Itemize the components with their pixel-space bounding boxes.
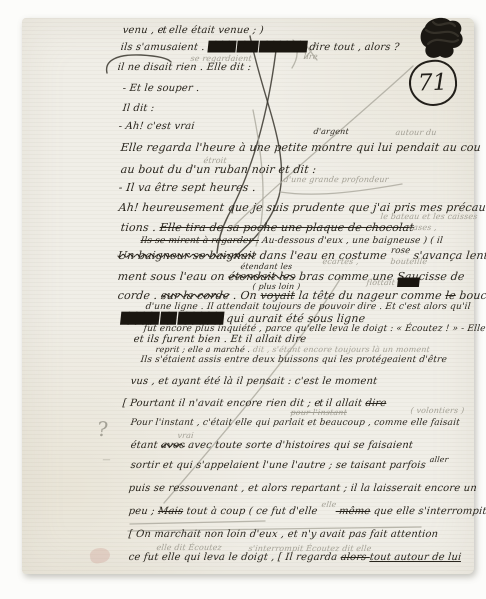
manuscript-scan: venu , et elle était venue ; )ils s'amus…	[0, 0, 486, 599]
manuscript-line: puis se ressouvenant , et alors repartan…	[128, 483, 477, 495]
manuscript-line: sortir et qui s'appelaient l'une l'autre…	[130, 460, 448, 472]
manuscript-line: tions . Elle tira de sa poche une plaque…	[120, 222, 415, 235]
text-segment: ce fut elle qui leva le doigt , [ Il reg…	[128, 552, 341, 563]
manuscript-line: vus , et ayant été là il pensait : c'est…	[130, 376, 378, 388]
text-segment: - Ah! c'est vrai	[118, 121, 195, 132]
text-segment: avec	[160, 440, 185, 451]
text-segment: . On	[229, 289, 261, 302]
text-segment: fut encore plus inquiété , parce qu'elle…	[143, 324, 486, 334]
text-segment: Elle regarda l'heure à une petite montre…	[120, 141, 482, 154]
text-segment: étant	[130, 440, 162, 451]
text-segment: - Et le souper .	[122, 83, 200, 94]
text-segment: voyait	[260, 289, 296, 302]
manuscript-line: étant avec avec toute sorte d'histoires …	[130, 440, 414, 452]
manuscript-line: elle dit Écoutez	[156, 543, 222, 552]
text-segment: Mais	[157, 506, 183, 517]
text-segment: [ Pourtant il n'avait encore rien dit ;	[122, 398, 315, 409]
manuscript-line: fut encore plus inquiété , parce qu'elle…	[143, 324, 486, 334]
text-segment: ils s'amusaient .	[120, 42, 209, 53]
text-segment: Pour l'instant , c'était elle qui parlai…	[130, 418, 460, 428]
text-segment: Ils s'étaient assis entre deux buissons …	[140, 355, 447, 365]
manuscript-line: - Et le souper .	[122, 83, 200, 95]
text-segment: vus , et ayant été là il pensait : c'est…	[130, 376, 378, 387]
manuscript-line: il ne disait rien . Elle dit :	[117, 62, 252, 74]
text-segment: corde .	[117, 289, 162, 302]
page-number: 71	[418, 69, 448, 96]
text-segment: Il dit :	[122, 103, 155, 114]
manuscript-line: autour du	[395, 128, 437, 137]
text-segment: Un baigneur se baignait	[117, 249, 257, 262]
manuscript-line: d'une ligne . Il attendait toujours de p…	[145, 302, 471, 312]
text-segment: elle était venue ; )	[165, 25, 264, 36]
text-segment: elle	[321, 500, 337, 509]
manuscript-line: —	[102, 455, 111, 464]
text-segment: reprit ; elle a marché .	[155, 345, 253, 354]
text-segment: sur la corde	[160, 289, 230, 302]
manuscript-line: Ils se mirent à regarder . Au-dessous d'…	[140, 236, 443, 246]
text-segment: vrai	[177, 431, 194, 440]
manuscript-line: ( volontiers )	[410, 406, 465, 415]
text-segment: écartés ,	[322, 257, 359, 266]
text-segment: peu ;	[128, 506, 159, 517]
text-segment: vases ,	[408, 223, 437, 232]
text-segment: Elle tira de sa poche une plaque de choc…	[159, 221, 415, 234]
manuscript-line: vases ,	[408, 223, 437, 232]
manuscript-line: venu , et elle était venue ; )	[122, 25, 264, 37]
text-segment: alors	[340, 552, 370, 563]
manuscript-line: [ On marchait non loin d'eux , et n'y av…	[128, 529, 439, 541]
manuscript-line: lire	[303, 52, 318, 61]
text-segment: d'une grande profondeur	[283, 175, 389, 184]
text-segment: dit , s'étant encore toujours là un mome…	[252, 345, 430, 354]
text-segment: lire	[303, 52, 318, 61]
manuscript-line: le bateau et les caisses	[380, 212, 478, 221]
text-segment: venu ,	[122, 25, 158, 36]
manuscript-line: Elle regarda l'heure à une petite montre…	[120, 142, 481, 155]
text-segment: tout autour de lui	[369, 552, 462, 563]
text-segment: - Il va être sept heures .	[118, 181, 257, 194]
text-segment: ( volontiers )	[410, 406, 465, 415]
text-segment: bouchon	[455, 289, 486, 302]
text-segment: pour l'instant	[290, 408, 347, 417]
text-segment: il ne disait rien . Elle dit :	[117, 62, 252, 73]
text-segment: d'une ligne . Il attendait toujours de p…	[145, 302, 471, 312]
text-segment: rose	[390, 246, 410, 256]
manuscript-line: bouteille	[390, 257, 428, 266]
text-segment: autour du	[395, 128, 437, 137]
manuscript-line: vrai	[177, 431, 194, 440]
manuscript-line: ils s'amusaient . ████ ███ ███████ dire …	[120, 42, 400, 54]
text-segment: même	[335, 506, 371, 517]
manuscript-line: ce fut elle qui leva le doigt , [ Il reg…	[128, 552, 462, 564]
text-segment: ment sous l'eau on	[117, 270, 229, 283]
text-segment: ?	[96, 417, 109, 441]
text-segment: Ils se mirent à regarder .	[140, 236, 259, 246]
text-segment: bouteille	[390, 257, 428, 266]
text-segment: que elle s'interrompit ..	[370, 506, 486, 517]
text-segment: dire tout , alors ?	[305, 42, 399, 53]
text-segment: flottait	[366, 278, 398, 287]
manuscript-line: et ils furent bien . Et il allait dire	[133, 334, 307, 346]
manuscript-line: - Il va être sept heures .	[118, 182, 256, 195]
manuscript-line: reprit ; elle a marché . dit , s'étant e…	[155, 345, 430, 354]
text-segment: ████	[397, 278, 419, 287]
text-segment: avec toute sorte d'histoires qui se fais…	[184, 440, 413, 451]
text-segment: sortir et qui s'appelaient l'une l'autre…	[130, 460, 430, 471]
text-segment: puis se ressouvenant , et alors repartan…	[128, 483, 477, 494]
text-segment: Au-dessous d'eux , une baigneuse ) ( il	[258, 236, 443, 246]
text-segment: dire	[365, 398, 387, 409]
manuscript-line: Ils s'étaient assis entre deux buissons …	[140, 355, 447, 365]
text-segment: tions .	[120, 221, 160, 234]
text-segment: la tête du nageur comme	[294, 289, 446, 302]
text-segment: ████ ███ ███████	[207, 42, 306, 53]
text-segment: elle dit Écoutez	[156, 543, 222, 552]
manuscript-line: ?	[96, 418, 109, 441]
text-segment: aller	[429, 455, 449, 464]
manuscript-line: Pour l'instant , c'était elle qui parlai…	[130, 418, 460, 428]
text-segment: d'argent	[313, 127, 349, 136]
manuscript-line: écartés ,	[322, 257, 359, 266]
manuscript-line: - Ah! c'est vrai	[118, 121, 195, 133]
text-segment: le bateau et les caisses	[380, 212, 478, 221]
manuscript-line: corde . sur la corde . On voyait la tête…	[117, 290, 486, 303]
manuscript-line: Un baigneur se baignait dans l'eau en co…	[117, 250, 486, 263]
manuscript-line: flottait ████	[366, 278, 419, 287]
manuscript-line: peu ; Mais tout à coup ( ce fut d'elle e…	[128, 506, 486, 518]
manuscript-line: pour l'instant	[290, 408, 347, 417]
text-segment: —	[102, 455, 111, 464]
manuscript-line: d'argent	[313, 127, 349, 136]
manuscript-line: d'une grande profondeur	[283, 175, 389, 184]
manuscript-line: Il dit :	[122, 103, 155, 115]
text-segment: et ils furent bien . Et il allait dire	[133, 334, 307, 345]
text-segment: tout à coup ( ce fut d'elle	[183, 506, 322, 517]
text-segment: [ On marchait non loin d'eux , et n'y av…	[128, 529, 439, 540]
